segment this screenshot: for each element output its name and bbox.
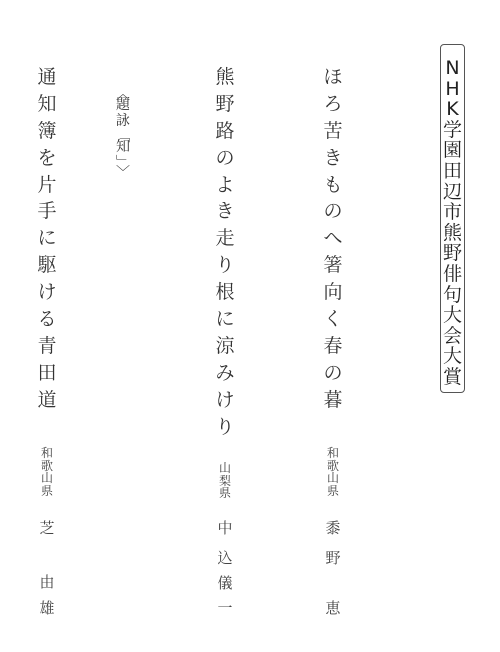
poem-char: け [214,391,236,418]
poem-char: 路 [214,122,236,149]
poem-char: 向 [322,283,344,310]
poem-char: に [36,229,58,256]
poem-char: 簿 [36,122,58,149]
title-char: 賞 [442,368,464,389]
haiku-2-author-char: 中 [215,517,235,538]
title-char: 園 [442,141,464,162]
poem-char: 駆 [36,256,58,283]
title-char: H [442,80,464,101]
poem-char: 田 [36,364,58,391]
title-char: 辺 [442,183,464,204]
theme-word: 知 [114,140,132,156]
title-char: 田 [442,162,464,183]
poem-char: の [322,364,344,391]
poem-char: も [322,176,344,203]
poem-char: き [322,149,344,176]
title-char: N [442,59,464,80]
poem-char: 苦 [322,122,344,149]
poem-char: 道 [36,391,58,418]
theme-label-char: 題 [114,98,132,114]
theme-label-char: 詠 [114,114,132,130]
prefecture-char: 和 [327,447,340,460]
poem-char: 根 [214,283,236,310]
haiku-2-author-char: 込 [215,547,235,568]
title-char: 会 [442,327,464,348]
haiku-1: ほ ろ 苦 き も の へ 箸 向 く 春 の 暮 [318,68,348,418]
poem-char: き [214,202,236,229]
poem-char: に [214,310,236,337]
poem-char: 春 [322,337,344,364]
poem-char: 手 [36,202,58,229]
poem-char: ほ [322,68,344,95]
title-char: 大 [442,306,464,327]
award-title: N H K 学 園 田 辺 市 熊 野 俳 句 大 会 大 賞 [441,59,464,389]
poem-char: 通 [36,68,58,95]
haiku-3-author-char: 芝 [37,517,57,538]
angle-bracket-close: ﹀ [114,166,132,176]
poem-char: 走 [214,229,236,256]
haiku-1-author-char: 恵 [323,597,343,618]
haiku-3-prefecture: 和 歌 山 県 [40,447,54,497]
poem-char: 暮 [322,391,344,418]
poem-char: よ [214,176,236,203]
prefecture-char: 県 [219,487,232,500]
haiku-3: 通 知 簿 を 片 手 に 駆 け る 青 田 道 [32,68,62,418]
prefecture-char: 和 [41,447,54,460]
poem-char: を [36,149,58,176]
poem-char: 片 [36,176,58,203]
poem-char: の [322,202,344,229]
title-char: 熊 [442,224,464,245]
haiku-2: 熊 野 路 の よ き 走 り 根 に 涼 み け り [210,68,240,444]
poem-char: の [214,149,236,176]
haiku-2-prefecture: 山 梨 県 [218,462,232,500]
prefecture-char: 山 [219,462,232,475]
poem-char: へ [322,229,344,256]
poem-char: 熊 [214,68,236,95]
haiku-1-prefecture: 和 歌 山 県 [326,447,340,497]
haiku-3-author-char: 雄 [37,597,57,618]
title-char: 句 [442,286,464,307]
prefecture-char: 山 [41,472,54,485]
poem-char: 青 [36,337,58,364]
haiku-1-author-char: 黍 [323,517,343,538]
title-char: 野 [442,244,464,265]
title-char: 市 [442,203,464,224]
title-char: 大 [442,347,464,368]
poem-char: り [214,418,236,445]
poem-char: 箸 [322,256,344,283]
poem-char: 知 [36,95,58,122]
haiku-2-author-char: 儀 [215,572,235,593]
poem-char: 野 [214,95,236,122]
poem-char: る [36,310,58,337]
haiku-3-author-char: 由 [37,571,57,592]
haiku-1-author-char: 野 [323,547,343,568]
poem-char: け [36,283,58,310]
poem-char: み [214,364,236,391]
award-title-box: N H K 学 園 田 辺 市 熊 野 俳 句 大 会 大 賞 [440,44,465,393]
poem-char: り [214,256,236,283]
title-char: 学 [442,121,464,142]
prefecture-char: 県 [327,485,340,498]
poem-char: く [322,310,344,337]
theme-label: ︿ 題 詠 ﹁ 知 ﹂ ﹀ [112,88,134,176]
title-char: 俳 [442,265,464,286]
prefecture-char: 県 [41,485,54,498]
poem-char: 涼 [214,337,236,364]
title-char: K [442,100,464,121]
haiku-2-author-char: 一 [215,597,235,618]
prefecture-char: 山 [327,472,340,485]
poem-char: ろ [322,95,344,122]
